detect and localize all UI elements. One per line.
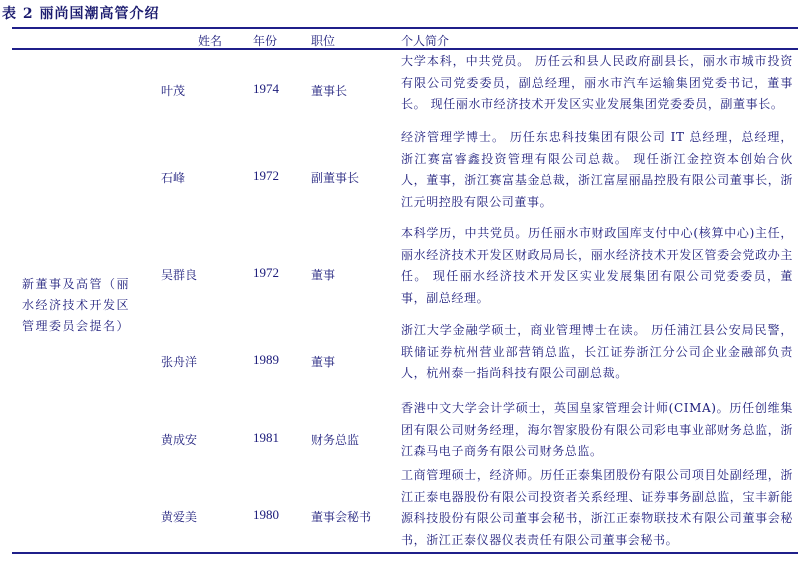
cell-name: 叶茂 <box>161 82 185 99</box>
cell-bio: 大学本科，中共党员。 历任云和县人民政府副县长，丽水市城市投资有限公司党委委员，… <box>401 51 793 116</box>
cell-name: 张舟洋 <box>161 353 197 370</box>
cell-year: 1989 <box>253 352 279 368</box>
table-bottom-rule <box>12 552 798 554</box>
cell-bio: 工商管理硕士，经济师。历任正泰集团股份有限公司项目处副经理，浙江正泰电器股份有限… <box>401 465 793 551</box>
cell-position: 董事长 <box>311 82 347 99</box>
header-name: 姓名 <box>198 32 222 49</box>
cell-name: 黄成安 <box>161 431 197 448</box>
cell-position: 董事 <box>311 266 335 283</box>
cell-year: 1972 <box>253 265 279 281</box>
group-label: 新董事及高管（丽水经济技术开发区管理委员会提名） <box>22 274 140 337</box>
cell-name: 吴群良 <box>161 266 197 283</box>
cell-year: 1981 <box>253 430 279 446</box>
table-title: 表 2 丽尚国潮高管介绍 <box>2 3 160 23</box>
cell-name: 黄爱美 <box>161 508 197 525</box>
cell-position: 董事会秘书 <box>311 508 371 525</box>
cell-year: 1974 <box>253 81 279 97</box>
cell-bio: 本科学历，中共党员。历任丽水市财政国库支付中心(核算中心)主任，丽水经济技术开发… <box>401 223 793 309</box>
header-year: 年份 <box>253 32 277 49</box>
cell-bio: 经济管理学博士。 历任东忠科技集团有限公司 IT 总经理，总经理，浙江赛富睿鑫投… <box>401 127 793 213</box>
cell-bio: 香港中文大学会计学硕士，英国皇家管理会计师(CIMA)。历任创维集团有限公司财务… <box>401 398 793 463</box>
cell-position: 财务总监 <box>311 431 359 448</box>
cell-position: 副董事长 <box>311 169 359 186</box>
header-bio: 个人简介 <box>401 32 449 49</box>
cell-bio: 浙江大学金融学硕士，商业管理博士在读。 历任浦江县公安局民警，联储证券杭州营业部… <box>401 320 793 385</box>
cell-year: 1972 <box>253 168 279 184</box>
header-position: 职位 <box>311 32 335 49</box>
cell-position: 董事 <box>311 353 335 370</box>
cell-name: 石峰 <box>161 169 185 186</box>
table-header-rule <box>12 48 798 50</box>
table-top-rule <box>12 27 798 29</box>
cell-year: 1980 <box>253 507 279 523</box>
